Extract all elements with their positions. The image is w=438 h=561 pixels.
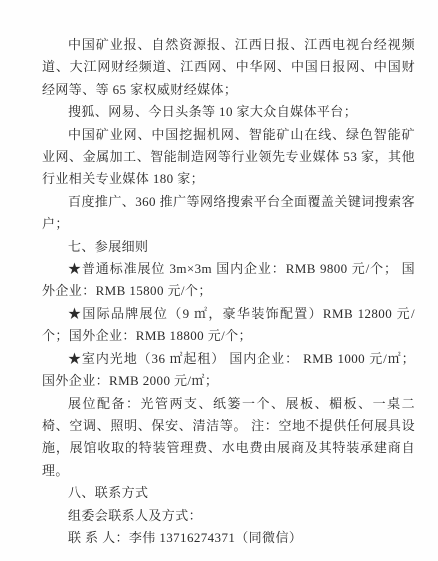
booth-raw-space-paragraph: ★室内光地（36 ㎡起租） 国内企业： RMB 1000 元/㎡；国外企业：RM… (42, 348, 415, 393)
booth-standard-paragraph: ★普通标准展位 3m×3m 国内企业：RMB 9800 元/个； 国外企业：RM… (42, 258, 415, 303)
section-8-heading: 八、联系方式 (42, 482, 415, 504)
media-industry-paragraph: 中国矿业网、中国挖掘机网、智能矿山在线、绿色智能矿业网、金属加工、智能制造网等行… (42, 124, 415, 191)
booth-international-paragraph: ★国际品牌展位（9 ㎡，豪华装饰配置）RMB 12800 元/个；国外企业：RM… (42, 303, 415, 348)
document-page: 中国矿业报、自然资源报、江西日报、江西电视台经视频道、大江网财经频道、江西网、中… (0, 0, 438, 561)
media-search-paragraph: 百度推广、360 推广等网络搜索平台全面覆盖关键词搜索客户； (42, 191, 415, 236)
booth-equipment-paragraph: 展位配备：光管两支、纸篓一个、展板、楣板、一桌二椅、空调、照明、保安、清洁等。 … (42, 393, 415, 483)
contact-intro-paragraph: 组委会联系人及方式： (42, 505, 415, 527)
media-self-media-paragraph: 搜狐、网易、今日头条等 10 家大众自媒体平台； (42, 101, 415, 123)
media-finance-paragraph: 中国矿业报、自然资源报、江西日报、江西电视台经视频道、大江网财经频道、江西网、中… (42, 34, 415, 101)
section-7-heading: 七、参展细则 (42, 236, 415, 258)
contact-person-paragraph: 联 系 人：李伟 13716274371（同微信） (42, 527, 415, 549)
